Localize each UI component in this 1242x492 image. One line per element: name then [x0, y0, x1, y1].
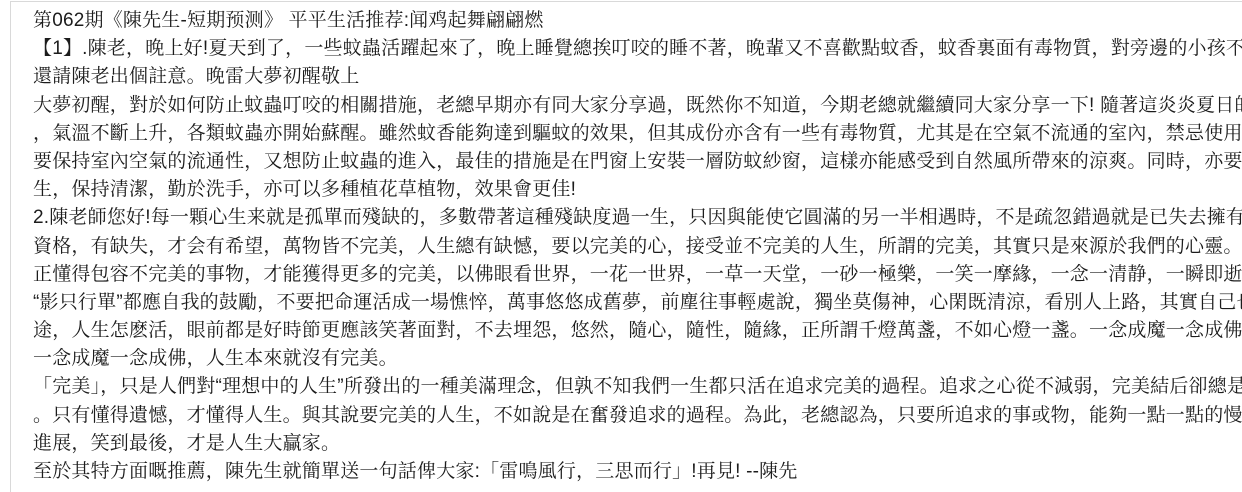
text-line: 【1】.陳老，晚上好!夏天到了，一些蚊蟲活躍起來了，晚上睡覺總挨叮咬的睡不著，晚… — [33, 35, 1222, 63]
table-cell-border-top — [10, 1, 1242, 2]
text-line: 生，保持清潔，勤於洗手，亦可以多種植花草植物，效果會更佳! — [33, 176, 1222, 204]
text-line: 「完美」，只是人們對“理想中的人生”所發出的一種美滿理念，但孰不知我們一生都只活… — [33, 373, 1222, 401]
text-line: 一念成魔一念成佛，人生本來就沒有完美。 — [33, 345, 1222, 373]
text-line: 。只有懂得遺憾，才懂得人生。與其說要完美的人生，不如說是在奮發追求的過程。為此，… — [33, 402, 1222, 430]
text-line: 資格，有缺失，才会有希望，萬物皆不完美，人生總有缺憾，要以完美的心，接受並不完美… — [33, 233, 1222, 261]
text-line: 大夢初醒，對於如何防止蚊蟲叮咬的相關措施，老總早期亦有同大家分享過，既然你不知道… — [33, 92, 1222, 120]
text-line: 至於其特方面嘅推薦，陳先生就簡單送一句話俾大家:「雷鳴風行，三思而行」!再見! … — [33, 458, 1222, 486]
post-title: 第062期《陳先生-短期预测》 平平生活推荐:闻鸡起舞翩翩燃 — [33, 7, 1222, 35]
text-line: 要保持室內空氣的流通性，又想防止蚊蟲的進入，最佳的措施是在門窗上安裝一層防蚊紗窗… — [33, 148, 1222, 176]
text-line: 2.陳老師您好!每一顆心生来就是孤單而殘缺的，多數帶著這種殘缺度過一生，只因與能… — [33, 204, 1222, 232]
text-line: 還請陳老出個註意。晚雷大夢初醒敬上 — [33, 63, 1222, 91]
table-cell-border-left — [10, 1, 11, 492]
text-line: 途，人生怎麽活，眼前都是好時節更應該笑著面對，不去埋怨，悠然，隨心，隨性，隨緣，… — [33, 317, 1222, 345]
text-line: 正懂得包容不完美的事物，才能獲得更多的完美，以佛眼看世界，一花一世界，一草一天堂… — [33, 261, 1222, 289]
text-line: 進展，笑到最後，才是人生大贏家。 — [33, 430, 1222, 458]
post-content: 第062期《陳先生-短期预测》 平平生活推荐:闻鸡起舞翩翩燃 【1】.陳老，晚上… — [33, 7, 1222, 486]
post-body: 【1】.陳老，晚上好!夏天到了，一些蚊蟲活躍起來了，晚上睡覺總挨叮咬的睡不著，晚… — [33, 35, 1222, 486]
text-line: “影只行單”都應自我的鼓勵，不要把命運活成一場憔悴，萬事悠悠成舊夢，前塵往事輕處… — [33, 289, 1222, 317]
text-line: ，氣溫不斷上升，各類蚊蟲亦開始蘇醒。雖然蚊香能夠達到驅蚊的效果，但其成份亦含有一… — [33, 120, 1222, 148]
